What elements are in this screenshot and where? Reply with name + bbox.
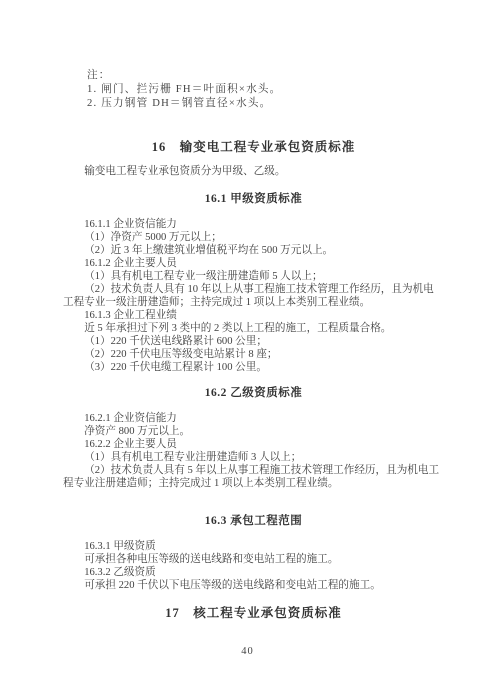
clause-16-3-2-text: 可承担 220 千伏以下电压等级的送电线路和变电站工程的施工。	[63, 579, 444, 592]
clause-16-3-2: 16.3.2 乙级资质	[63, 566, 444, 579]
note-item-1: 1. 闸门、拦污栅 FH＝叶面积×水头。	[87, 83, 444, 97]
clause-16-1-2-item-1: （1）具有机电工程专业一级注册建造师 5 人以上；	[63, 270, 444, 283]
page-number: 40	[0, 646, 495, 657]
clause-16-1-3-item-3: （3）220 千伏电缆工程累计 100 公里。	[63, 361, 444, 374]
chapter-16-heading: 16 输变电工程专业承包资质标准	[63, 139, 444, 156]
clause-16-2-1: 16.2.1 企业资信能力	[63, 412, 444, 425]
document-page: 注： 1. 闸门、拦污栅 FH＝叶面积×水头。 2. 压力钢管 DH＝钢管直径×…	[0, 0, 495, 700]
section-16-3-heading: 16.3 承包工程范围	[63, 514, 444, 529]
notes-block: 注： 1. 闸门、拦污栅 FH＝叶面积×水头。 2. 压力钢管 DH＝钢管直径×…	[87, 69, 444, 111]
note-item-2: 2. 压力钢管 DH＝钢管直径×水头。	[87, 97, 444, 111]
clause-16-1-3-item-1: （1）220 千伏送电线路累计 600 公里；	[63, 335, 444, 348]
clause-16-1-1-item-1: （1）净资产 5000 万元以上；	[63, 231, 444, 244]
clause-16-3-1: 16.3.1 甲级资质	[63, 540, 444, 553]
notes-label: 注：	[87, 69, 444, 83]
clause-16-2-2: 16.2.2 企业主要人员	[63, 438, 444, 451]
chapter-16-intro: 输变电工程专业承包资质分为甲级、乙级。	[63, 165, 444, 178]
chapter-17-heading: 17 核工程专业承包资质标准	[63, 605, 444, 622]
clause-16-2-2-item-1: （1）具有机电工程专业注册建造师 3 人以上；	[63, 451, 444, 464]
section-16-2-heading: 16.2 乙级资质标准	[63, 386, 444, 401]
page-content: 注： 1. 闸门、拦污栅 FH＝叶面积×水头。 2. 压力钢管 DH＝钢管直径×…	[63, 69, 444, 622]
clause-16-2-1-text: 净资产 800 万元以上。	[63, 425, 444, 438]
clause-16-1-1: 16.1.1 企业资信能力	[63, 218, 444, 231]
clause-16-2-2-item-2: （2）技术负责人具有 5 年以上从事工程施工技术管理工作经历，且为机电工程专业注…	[63, 464, 444, 490]
clause-16-3-1-text: 可承担各种电压等级的送电线路和变电站工程的施工。	[63, 553, 444, 566]
clause-16-1-3-intro: 近 5 年承担过下列 3 类中的 2 类以上工程的施工，工程质量合格。	[63, 322, 444, 335]
clause-16-1-2: 16.1.2 企业主要人员	[63, 257, 444, 270]
clause-16-1-2-item-2: （2）技术负责人具有 10 年以上从事工程施工技术管理工作经历，且为机电工程专业…	[63, 283, 444, 309]
clause-16-1-3-item-2: （2）220 千伏电压等级变电站累计 8 座；	[63, 348, 444, 361]
clause-16-1-1-item-2: （2）近 3 年上缴建筑业增值税平均在 500 万元以上。	[63, 244, 444, 257]
section-16-1-heading: 16.1 甲级资质标准	[63, 192, 444, 207]
clause-16-1-3: 16.1.3 企业工程业绩	[63, 309, 444, 322]
